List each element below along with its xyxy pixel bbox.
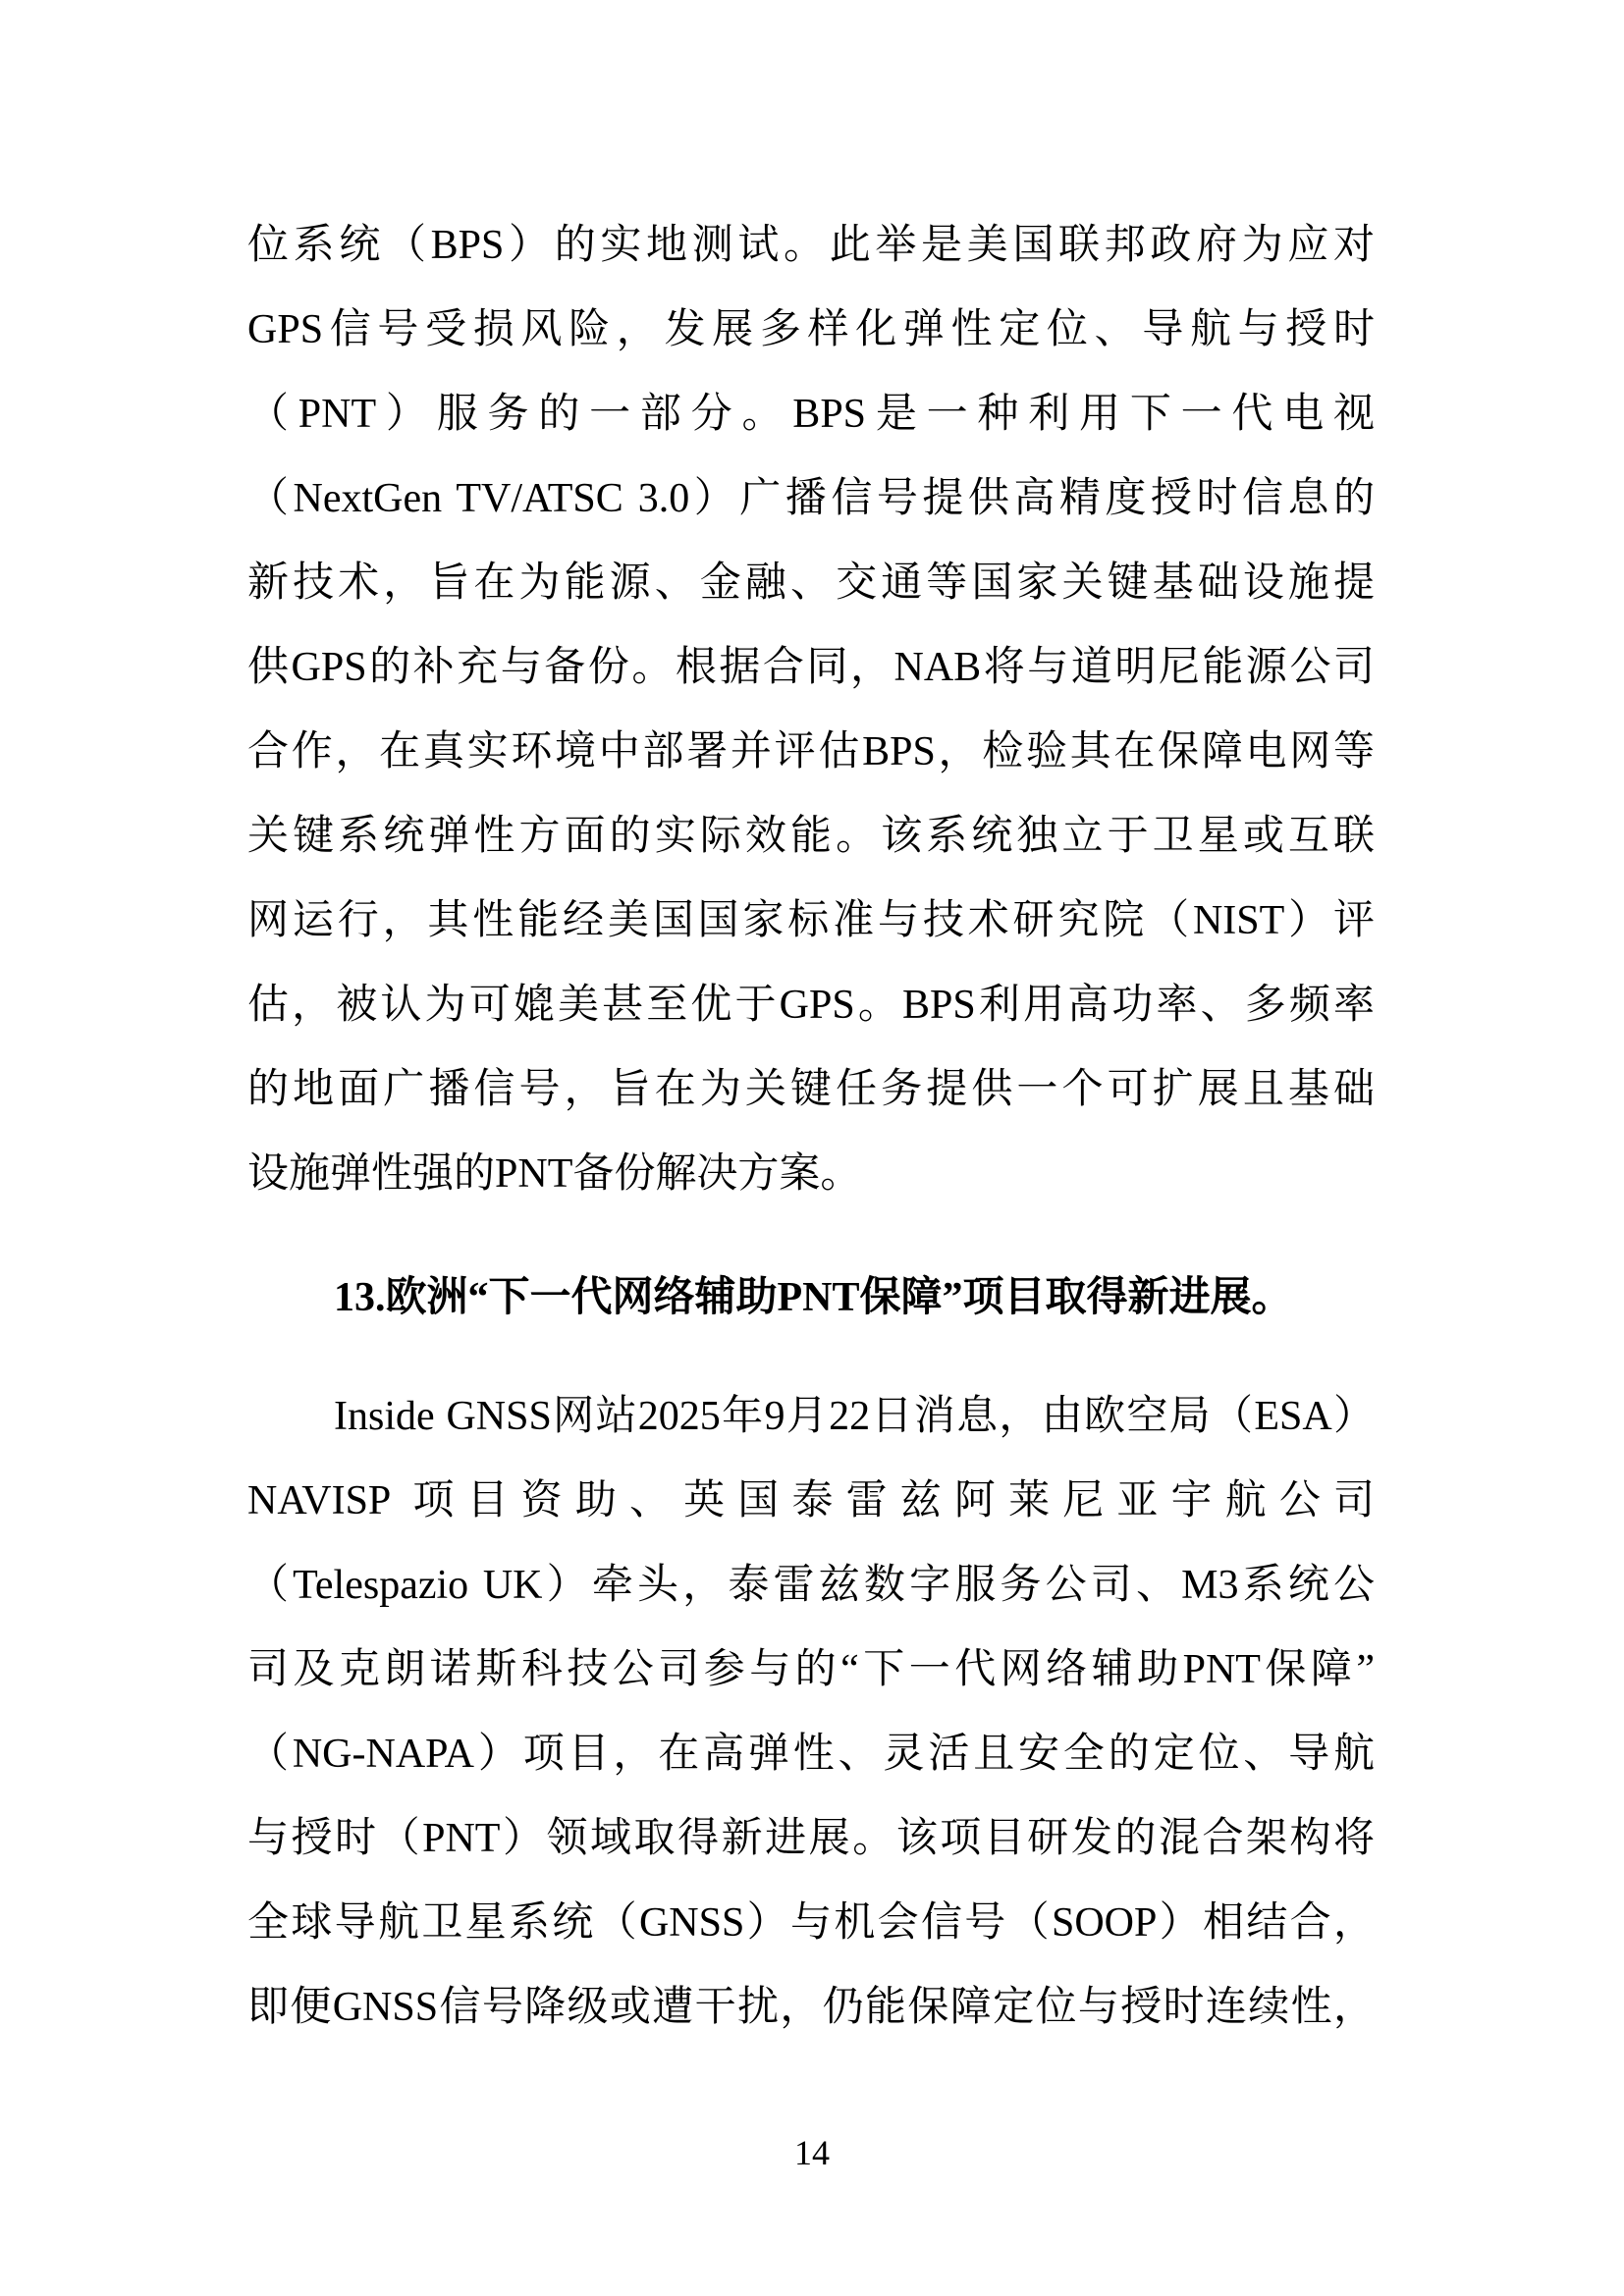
body-line: 全球导航卫星系统（GNSS）与机会信号（SOOP）相结合， (247, 1881, 1375, 1965)
paragraph-bps: 位系统（BPS）的实地测试。此举是美国联邦政府为应对 GPS信号受损风险，发展多… (247, 203, 1375, 1216)
body-line: （NG-NAPA）项目，在高弹性、灵活且安全的定位、导航 (247, 1712, 1375, 1796)
body-line: （Telespazio UK）牵头，泰雷兹数字服务公司、M3系统公 (247, 1543, 1375, 1628)
body-line: 即便GNSS信号降级或遭干扰，仍能保障定位与授时连续性， (247, 1965, 1375, 2050)
document-page: 位系统（BPS）的实地测试。此举是美国联邦政府为应对 GPS信号受损风险，发展多… (0, 0, 1624, 2296)
body-line: Inside GNSS网站2025年9月22日消息，由欧空局（ESA） (247, 1374, 1375, 1459)
body-line: 设施弹性强的PNT备份解决方案。 (247, 1132, 1375, 1216)
section-heading: 13.欧洲“下一代网络辅助PNT保障”项目取得新进展。 (247, 1255, 1375, 1340)
body-line: 新技术，旨在为能源、金融、交通等国家关键基础设施提 (247, 541, 1375, 625)
body-line: 与授时（PNT）领域取得新进展。该项目研发的混合架构将 (247, 1796, 1375, 1881)
paragraph-ng-napa: Inside GNSS网站2025年9月22日消息，由欧空局（ESA） NAVI… (247, 1374, 1375, 2050)
body-line: NAVISP 项目资助、英国泰雷兹阿莱尼亚宇航公司 (247, 1459, 1375, 1543)
section-heading-block: 13.欧洲“下一代网络辅助PNT保障”项目取得新进展。 (247, 1255, 1375, 1340)
page-number: 14 (0, 2128, 1624, 2177)
body-line: 估，被认为可媲美甚至优于GPS。BPS利用高功率、多频率 (247, 963, 1375, 1047)
body-line: 位系统（BPS）的实地测试。此举是美国联邦政府为应对 (247, 203, 1375, 288)
body-line: 网运行，其性能经美国国家标准与技术研究院（NIST）评 (247, 879, 1375, 963)
body-line: GPS信号受损风险，发展多样化弹性定位、导航与授时 (247, 288, 1375, 372)
body-line: 关键系统弹性方面的实际效能。该系统独立于卫星或互联 (247, 794, 1375, 879)
body-line: （PNT）服务的一部分。BPS是一种利用下一代电视 (247, 372, 1375, 456)
body-line: 合作，在真实环境中部署并评估BPS，检验其在保障电网等 (247, 710, 1375, 794)
body-line: 供GPS的补充与备份。根据合同，NAB将与道明尼能源公司 (247, 625, 1375, 710)
body-line: （NextGen TV/ATSC 3.0）广播信号提供高精度授时信息的 (247, 456, 1375, 541)
body-line: 的地面广播信号，旨在为关键任务提供一个可扩展且基础 (247, 1047, 1375, 1132)
body-line: 司及克朗诺斯科技公司参与的“下一代网络辅助PNT保障” (247, 1628, 1375, 1712)
